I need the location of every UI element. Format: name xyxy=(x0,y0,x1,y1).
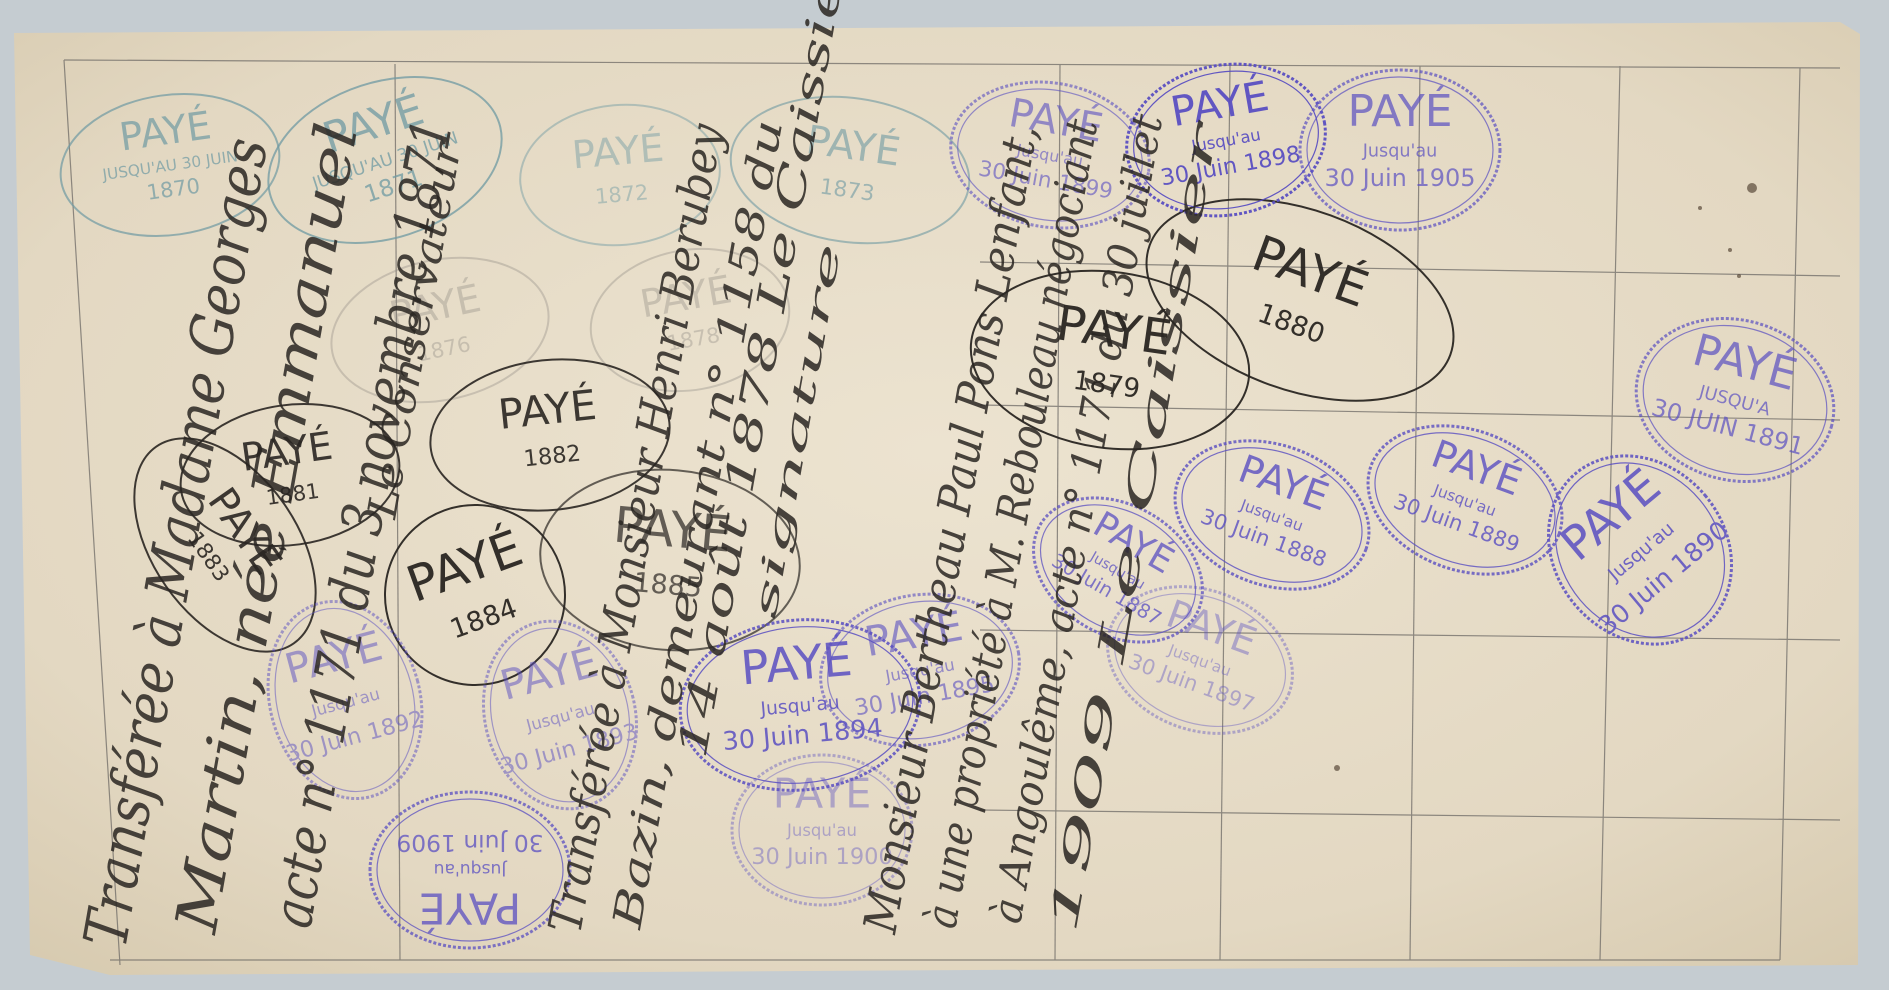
stamp-label: PAYÉ xyxy=(738,632,854,697)
stamp-label: PAYÉ xyxy=(1347,84,1452,137)
stamp-date: 1872 xyxy=(594,180,649,209)
stamp-date: 30 Juin 1909 xyxy=(396,829,543,857)
stamp-date: 30 Juin 1905 xyxy=(1324,164,1475,192)
stamp-label: PAYÉ xyxy=(419,882,521,933)
stamp-date: Jusqu'au xyxy=(1362,141,1438,161)
stamp-label: PAYÉ xyxy=(496,381,599,439)
document-photo: PAYÉJUSQU'AU 30 JUIN1870PAYÉJUSQU'AU 30 … xyxy=(0,0,1889,990)
stamp-label: PAYÉ xyxy=(570,124,666,179)
stamp-date: Jusqu'au xyxy=(434,859,508,879)
stamp-date: Jusqu'au xyxy=(786,821,857,840)
stamp-label: PAYÉ xyxy=(773,770,872,818)
